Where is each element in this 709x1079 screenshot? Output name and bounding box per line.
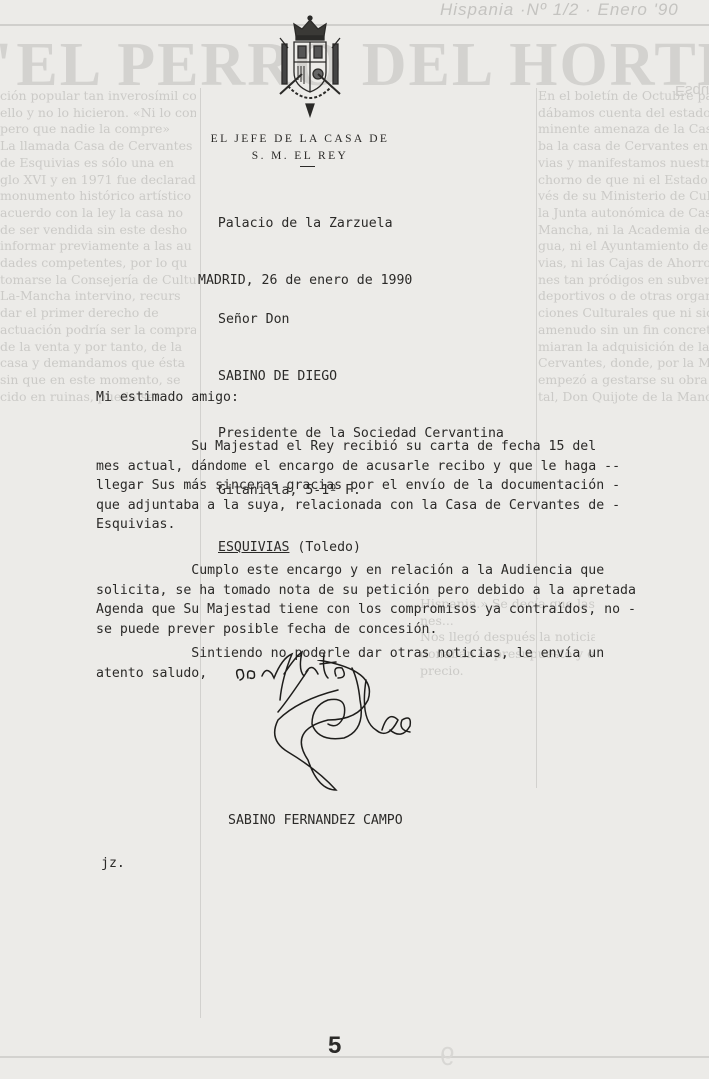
greeting: Mi estimado amigo: bbox=[96, 390, 239, 405]
office-line-1: EL JEFE DE LA CASA DE bbox=[180, 131, 420, 148]
text-line: Agenda que Su Majestad tiene con los com… bbox=[96, 600, 636, 620]
page-number: 5 bbox=[328, 1032, 341, 1060]
text-line: llegar Sus más sinceras gracias por el e… bbox=[96, 476, 620, 496]
recipient-address: Señor Don SABINO DE DIEGO Presidente de … bbox=[218, 272, 504, 595]
place-line: Palacio de la Zarzuela bbox=[198, 214, 412, 233]
typist-initials: jz. bbox=[101, 856, 125, 871]
royal-crest-icon bbox=[272, 14, 348, 118]
recipient-city-line: ESQUIVIAS (Toledo) bbox=[218, 538, 504, 557]
text-line: se puede prever posible fecha de concesi… bbox=[96, 620, 636, 640]
recipient-city: ESQUIVIAS bbox=[218, 540, 289, 555]
recipient-province: (Toledo) bbox=[297, 540, 361, 555]
office-line-2: S. M. EL REY bbox=[180, 148, 420, 165]
text-line: Su Majestad el Rey recibió su carta de f… bbox=[96, 437, 620, 457]
text-line: Cumplo este encargo y en relación a la A… bbox=[96, 561, 636, 581]
text-line: que adjuntaba a la suya, relacionada con… bbox=[96, 496, 620, 516]
text-line: mes actual, dándome el encargo de acusar… bbox=[96, 457, 620, 477]
paragraph-2: Cumplo este encargo y en relación a la A… bbox=[96, 561, 636, 639]
letterhead-office: EL JEFE DE LA CASA DE S. M. EL REY bbox=[180, 131, 420, 165]
letter: EL JEFE DE LA CASA DE S. M. EL REY Palac… bbox=[0, 0, 709, 1079]
letterhead-rule bbox=[300, 166, 315, 167]
recipient-title: Señor Don bbox=[218, 310, 504, 329]
signature-icon bbox=[248, 660, 418, 810]
signer-name: SABINO FERNANDEZ CAMPO bbox=[228, 813, 403, 828]
text-line: solicita, se ha tomado nota de su petici… bbox=[96, 581, 636, 601]
text-line: Esquivias. bbox=[96, 515, 620, 535]
recipient-name: SABINO DE DIEGO bbox=[218, 367, 504, 386]
paragraph-1: Su Majestad el Rey recibió su carta de f… bbox=[96, 437, 620, 535]
